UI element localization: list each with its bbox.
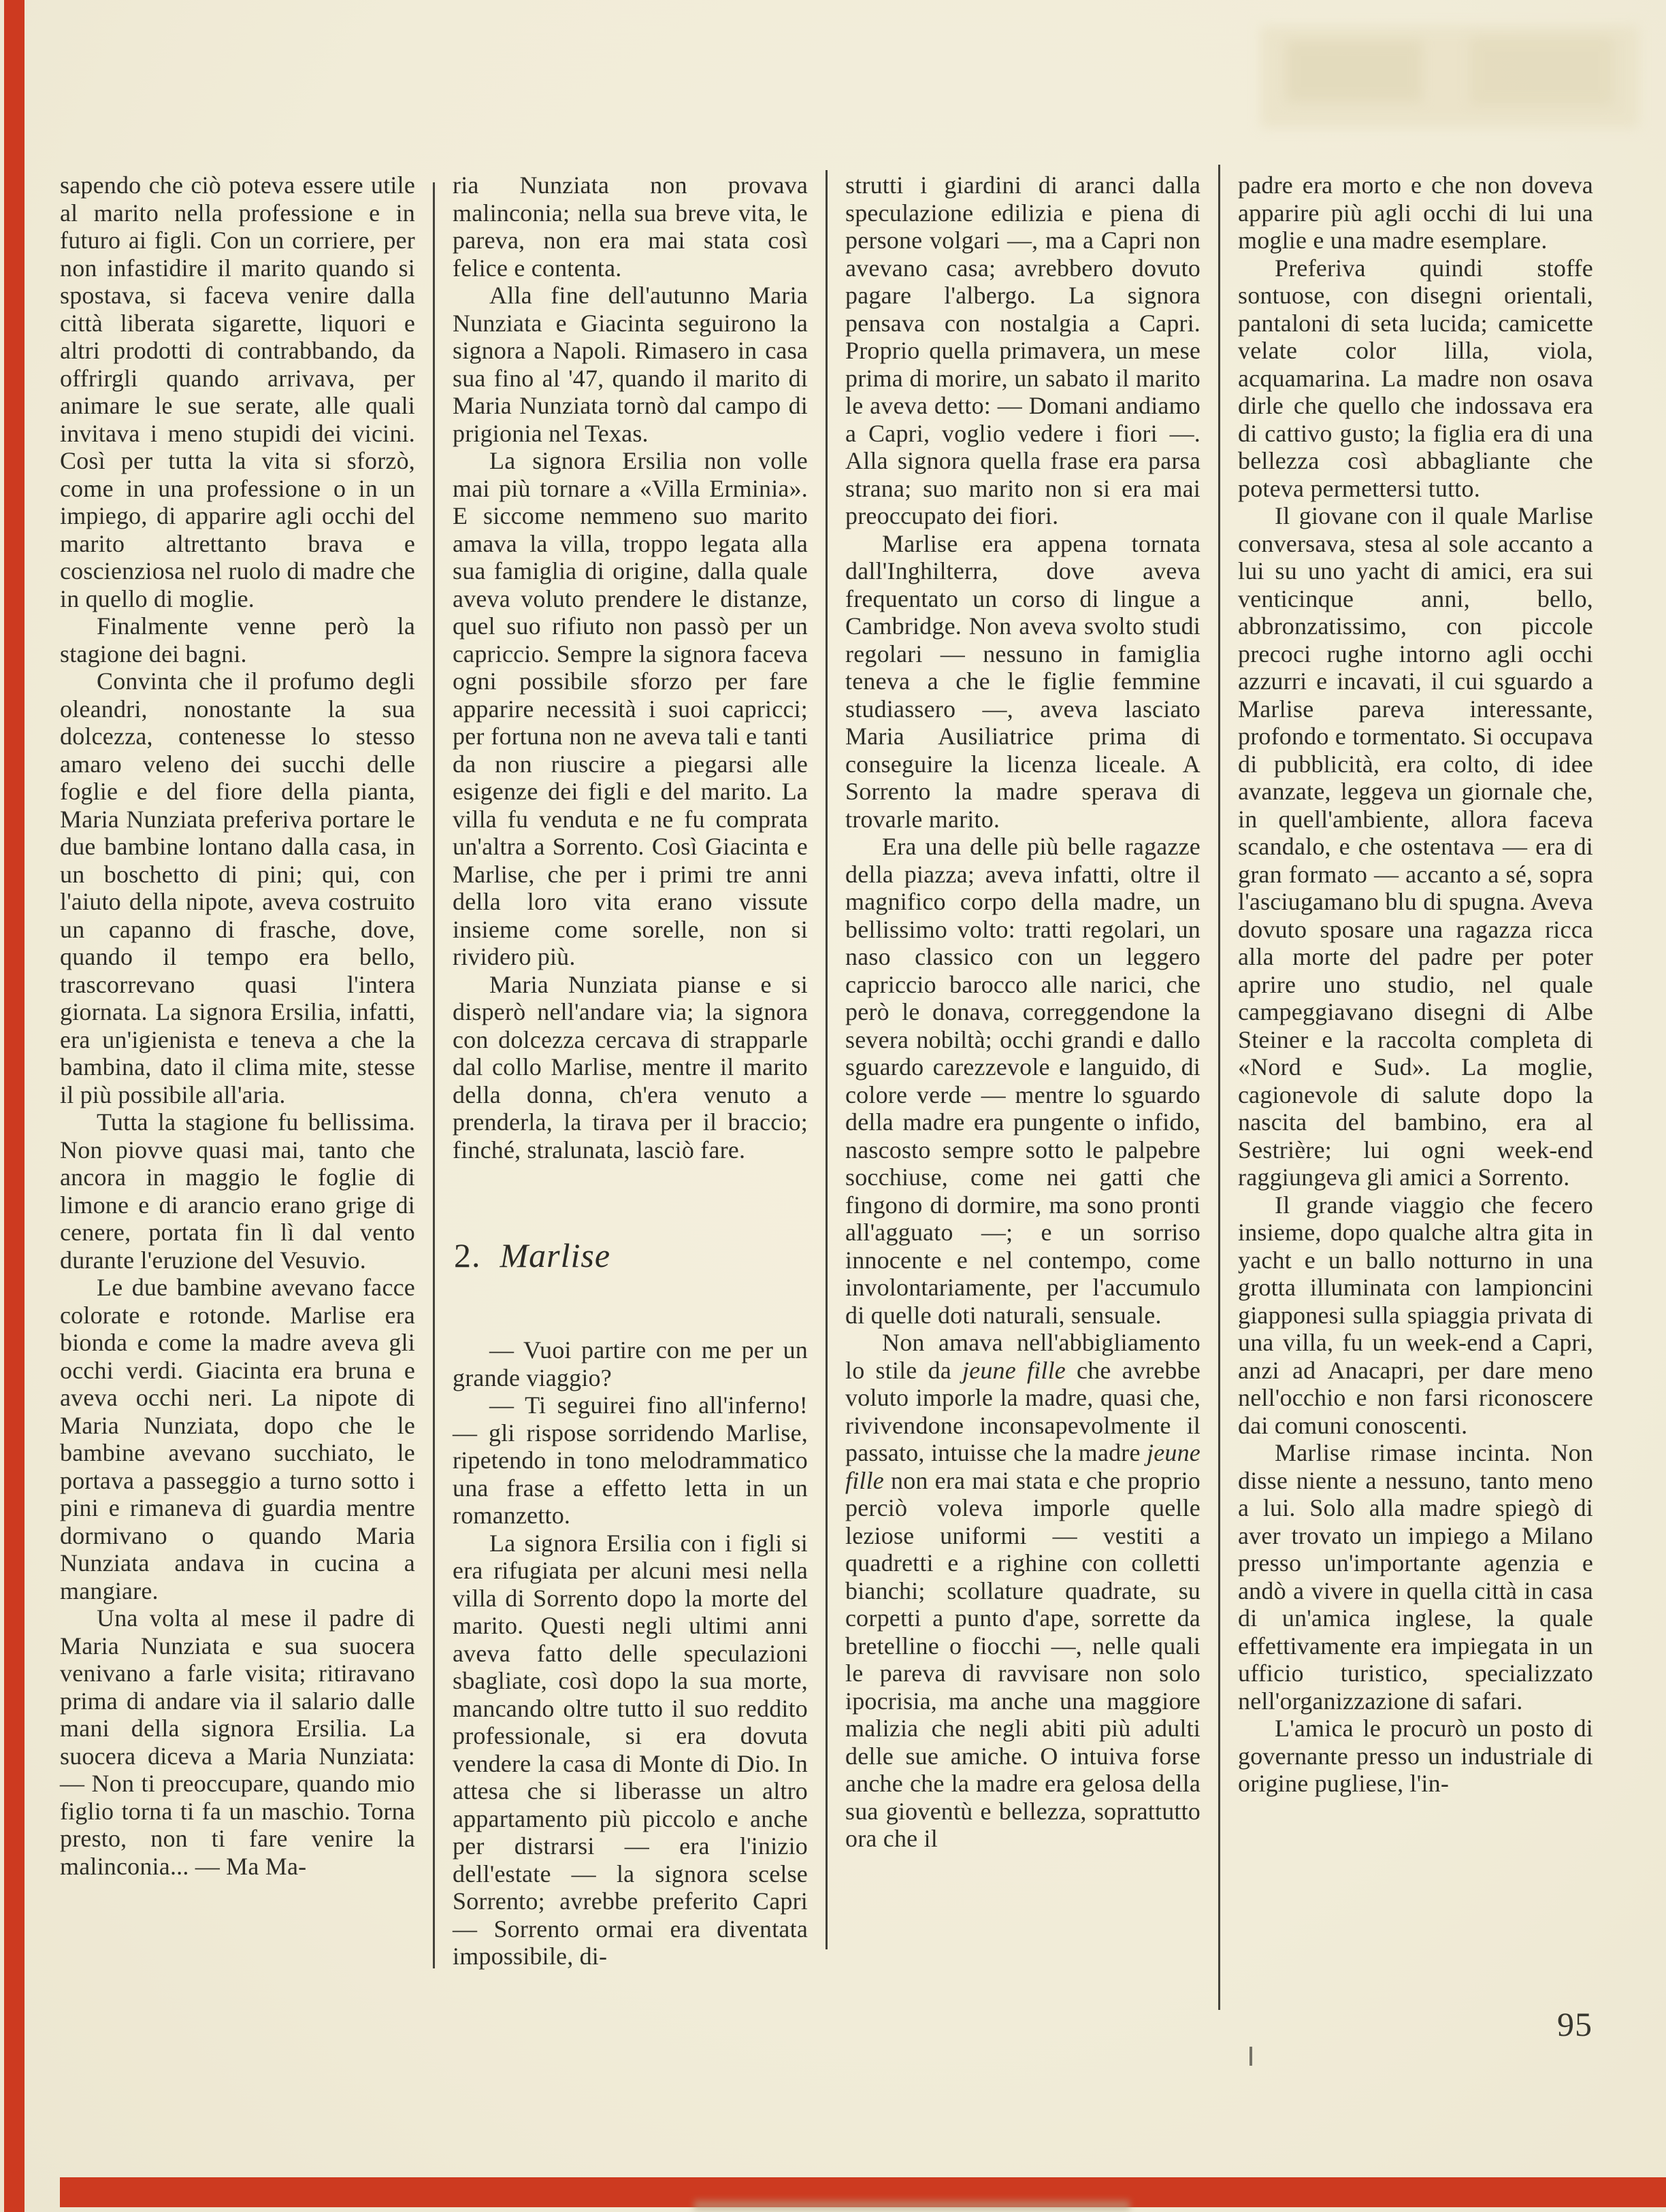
paragraph: Il grande viaggio che fecero insieme, do… [1238,1191,1593,1440]
paragraph: — Vuoi partire con me per un grande viag… [453,1336,808,1391]
paragraph: Marlise rimase incinta. Non disse niente… [1238,1439,1593,1715]
section-heading: 2.Marlise [454,1237,808,1274]
section-title: Marlise [500,1236,611,1274]
paragraph: La signora Ersilia non volle mai più tor… [453,447,808,971]
column-rule-2 [826,170,828,1949]
text-column-1: sapendo che ciò poteva essere utile al m… [60,171,415,1880]
text-column-3: strutti i giardini di aranci dalla specu… [845,171,1200,1853]
paragraph: Era una delle più belle ragazze della pi… [845,833,1200,1329]
column-rule-1 [433,182,435,1968]
paragraph: La signora Ersilia con i figli si era ri… [453,1530,808,1970]
paragraph: Finalmente venne però la stagione dei ba… [60,612,415,667]
paragraph: Il giovane con il quale Marlise conversa… [1238,502,1593,1191]
paragraph: Marlise era appena tornata dall'Inghilte… [845,530,1200,833]
paragraph: Le due bambine avevano facce colorate e … [60,1274,415,1604]
section-number: 2. [454,1236,481,1274]
paragraph: Una volta al mese il padre di Maria Nunz… [60,1604,415,1880]
paragraph: Maria Nunziata pianse e si disperò nell'… [453,971,808,1164]
show-through-artifact [1470,37,1613,105]
column-rule-3 [1218,165,1220,2010]
paragraph: padre era morto e che non doveva apparir… [1238,171,1593,254]
paragraph: — Ti seguirei fino all'inferno! — gli ri… [453,1391,808,1530]
paragraph: ria Nunziata non provava malinconia; nel… [453,171,808,282]
paragraph: Alla fine dell'autunno Maria Nunziata e … [453,282,808,447]
show-through-artifact [1286,41,1422,102]
scan-edge-smudge [694,2200,1130,2211]
text-column-4: padre era morto e che non doveva apparir… [1238,171,1593,1798]
paragraph: L'amica le procurò un posto di governant… [1238,1715,1593,1798]
red-left-border [4,0,24,2212]
scanned-book-page: sapendo che ciò poteva essere utile al m… [0,0,1666,2212]
paragraph: Preferiva quindi stoffe sontuose, con di… [1238,254,1593,503]
paragraph: Convinta che il profumo degli oleandri, … [60,667,415,1108]
scan-mark-artifact [1249,2047,1252,2066]
paragraph: Tutta la stagione fu bellissima. Non pio… [60,1108,415,1274]
paragraph: strutti i giardini di aranci dalla specu… [845,171,1200,530]
paragraph: Non amava nell'abbigliamento lo stile da… [845,1329,1200,1853]
page-number: 95 [1524,2004,1592,2044]
paragraph: sapendo che ciò poteva essere utile al m… [60,171,415,612]
text-column-2: ria Nunziata non provava malinconia; nel… [453,171,808,1970]
